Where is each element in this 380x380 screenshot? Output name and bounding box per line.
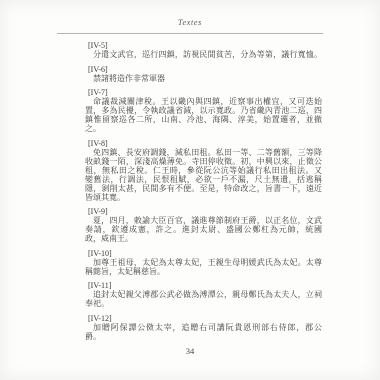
- section-iv-7: [IV-7] 命議裁減關津稅。王以畿內與四鎮，近察事出權宜，又可迭始 置，多為民…: [85, 88, 322, 133]
- scanned-book-page: Textes [IV-5] 分遣文武官，巡行四鎮，訪視民間貧苦，分為等第，議行寬…: [0, 0, 380, 380]
- section-label: [IV-7]: [85, 88, 322, 97]
- text-line: 爵。: [85, 332, 322, 341]
- section-label: [IV-5]: [85, 41, 322, 50]
- section-iv-11: [IV-11] 追封太妃親父溥郡公武必做為溥潭公，親母鄭氏為太夫人，立祠 奉祀。: [85, 281, 322, 308]
- section-label: [IV-6]: [85, 65, 322, 74]
- text-line: 命議裁減關津稅。王以畿內與四鎮，近察事出權宜，又可迭始: [85, 97, 322, 106]
- section-iv-5: [IV-5] 分遣文武官，巡行四鎮，訪視民間貧苦，分為等第，議行寬恤。: [85, 41, 322, 59]
- text-line: 鎮惟留察巡各二所，山南、冷池、海隅、淳美，始置邏者，並撤: [85, 115, 322, 124]
- text-line: 變舊法，行調法，民恨租賦，必欲一戶不漏，尺土無遺，括逃稱: [85, 175, 322, 184]
- text-content: [IV-5] 分遣文武官，巡行四鎮，訪視民間貧苦，分為等第，議行寬恤。 [IV-…: [85, 41, 322, 341]
- text-line: 稱懿旨，太妃稱慈旨。: [85, 267, 322, 276]
- text-line: 奉祀。: [85, 299, 322, 308]
- text-line: 分遣文武官，巡行四鎮，訪視民間貧苦，分為等第，議行寬恤。: [85, 50, 322, 59]
- section-label: [IV-11]: [85, 281, 322, 290]
- text-line: 加贈阿保譚公傚太宰，追贈右司講阮貴恩刑部右侍郎，郡公: [85, 323, 322, 332]
- text-line: 皆頌其寬。: [85, 193, 322, 202]
- section-label: [IV-9]: [85, 207, 322, 216]
- section-label: [IV-10]: [85, 249, 322, 258]
- text-line: 夏，四月，敕諭大臣百官，議進尊節制府王爵，以正名位，文武: [85, 216, 322, 225]
- text-line: 置，多為民擾，令執政議省減，以示寬政。乃省畿內青池二巡，四: [85, 106, 322, 115]
- section-iv-6: [IV-6] 禁諸將造作非常軍器: [85, 65, 322, 83]
- section-iv-8: [IV-8] 免四鎮、長安府調錢，減私田租。私田一等、二等舊額，三等降 收畝錢一…: [85, 139, 322, 202]
- text-line: 加尊王祖母，太妃為太尊太妃，王親生母明媛武氏為太妃。太尊: [85, 258, 322, 267]
- text-line: 免四鎮、長安府調錢，減私田租。私田一等、二等舊額，三等降: [85, 148, 322, 157]
- text-line: 之。: [85, 124, 322, 133]
- text-line: 政，威南王。: [85, 234, 322, 243]
- text-line: 隱，剝削太甚，民間多有不便。至是，特命改之，旨書一下，遠近: [85, 184, 322, 193]
- section-iv-12: [IV-12] 加贈阿保譚公傚太宰，追贈右司講阮貴恩刑部右侍郎，郡公 爵。: [85, 314, 322, 341]
- text-line: 租，無私田之稅。仁王時，參從阮公沆等始議行私田出租法。又: [85, 166, 322, 175]
- section-iv-9: [IV-9] 夏，四月，敕諭大臣百官，議進尊節制府王爵，以正名位，文武 奏請，欽…: [85, 207, 322, 243]
- text-line: 追封太妃親父溥郡公武必做為溥潭公，親母鄭氏為太夫人，立祠: [85, 290, 322, 299]
- text-line: 禁諸將造作非常軍器: [85, 74, 322, 83]
- running-header: Textes: [0, 18, 380, 27]
- page-number: 34: [0, 347, 380, 356]
- header-rule: [57, 33, 323, 34]
- section-label: [IV-8]: [85, 139, 322, 148]
- section-label: [IV-12]: [85, 314, 322, 323]
- text-line: 奏請，欽遵成憲，許之。進封太尉、盛國公鄭杠為元帥，統國: [85, 225, 322, 234]
- section-iv-10: [IV-10] 加尊王祖母，太妃為太尊太妃，王親生母明媛武氏為太妃。太尊 稱懿旨…: [85, 249, 322, 276]
- text-line: 收畝錢一陌，深淺高燥薄免。寺田停收徵。初，中興以來，止徵公: [85, 157, 322, 166]
